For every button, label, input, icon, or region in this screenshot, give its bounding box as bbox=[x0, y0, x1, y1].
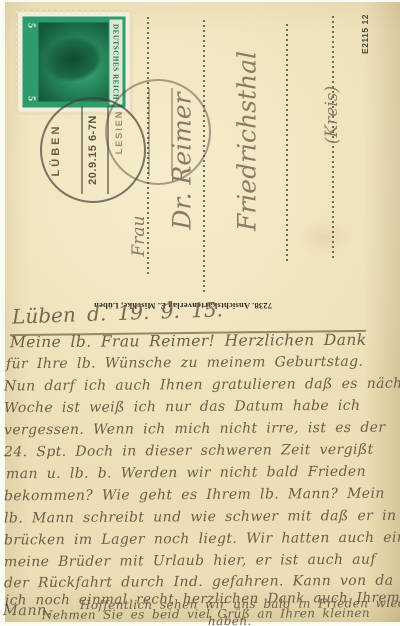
message-line: der Rückfahrt durch Ind. gefahren. Kann … bbox=[4, 573, 394, 592]
postmark-rule-top bbox=[81, 106, 83, 194]
postmark-town-fragment: LESIEN bbox=[114, 81, 124, 183]
message-closing-line: Nehmen Sie es beid viel Grüß an Ihren kl… bbox=[42, 606, 370, 622]
postmark-rule-top bbox=[148, 88, 150, 176]
stamp-value-left: 5 bbox=[23, 18, 36, 32]
message-line: Meine lb. Frau Reimer! Herzlichen Dank bbox=[10, 331, 367, 351]
message-line: brücken im Lager noch liegt. Wir hatten … bbox=[4, 530, 400, 549]
serial-number: E2115 12 bbox=[356, 11, 374, 57]
message-line: für Ihre lb. Wünsche zu meinem Geburtsta… bbox=[6, 354, 363, 372]
message-line: Woche ist weiß ich nur das Datum habe ic… bbox=[4, 398, 360, 416]
postcard-scan: DEUTSCHES REICH 5 5 LÜBEN 20.9.15 6-7N L… bbox=[0, 0, 400, 626]
message-line: vergessen. Wenn ich mich nicht irre, ist… bbox=[4, 420, 386, 439]
message-line: bekommen? Wie geht es Ihrem lb. Mann? Me… bbox=[4, 486, 385, 505]
address-salutation: Frau bbox=[127, 190, 151, 282]
message-line: 24. Spt. Doch in dieser schweren Zeit ve… bbox=[4, 442, 374, 461]
postmark-date: 20.9.15 6-7N bbox=[87, 99, 99, 201]
postmark-town: LÜBEN bbox=[50, 99, 62, 201]
address-place: Friedrichsthal bbox=[224, 3, 270, 278]
message-line: meine Brüder mit Urlaub hier, er ist auc… bbox=[4, 552, 376, 571]
address-line-rule-3 bbox=[286, 24, 288, 263]
message-line: Nun darf ich auch Ihnen gratulieren daß … bbox=[4, 376, 400, 395]
address-district: (Kreis) bbox=[317, 56, 347, 174]
stamp-value-right: 5 bbox=[23, 91, 36, 105]
message-line: man u. lb. b. Werden wir nicht bald Frie… bbox=[6, 464, 366, 483]
message-line: lb. Mann schreibt und wie schwer mit daß… bbox=[4, 507, 400, 526]
message-closing-line: haben. bbox=[208, 614, 252, 626]
address-recipient: Dr. Reimer bbox=[162, 58, 202, 263]
germania-portrait bbox=[38, 22, 108, 101]
